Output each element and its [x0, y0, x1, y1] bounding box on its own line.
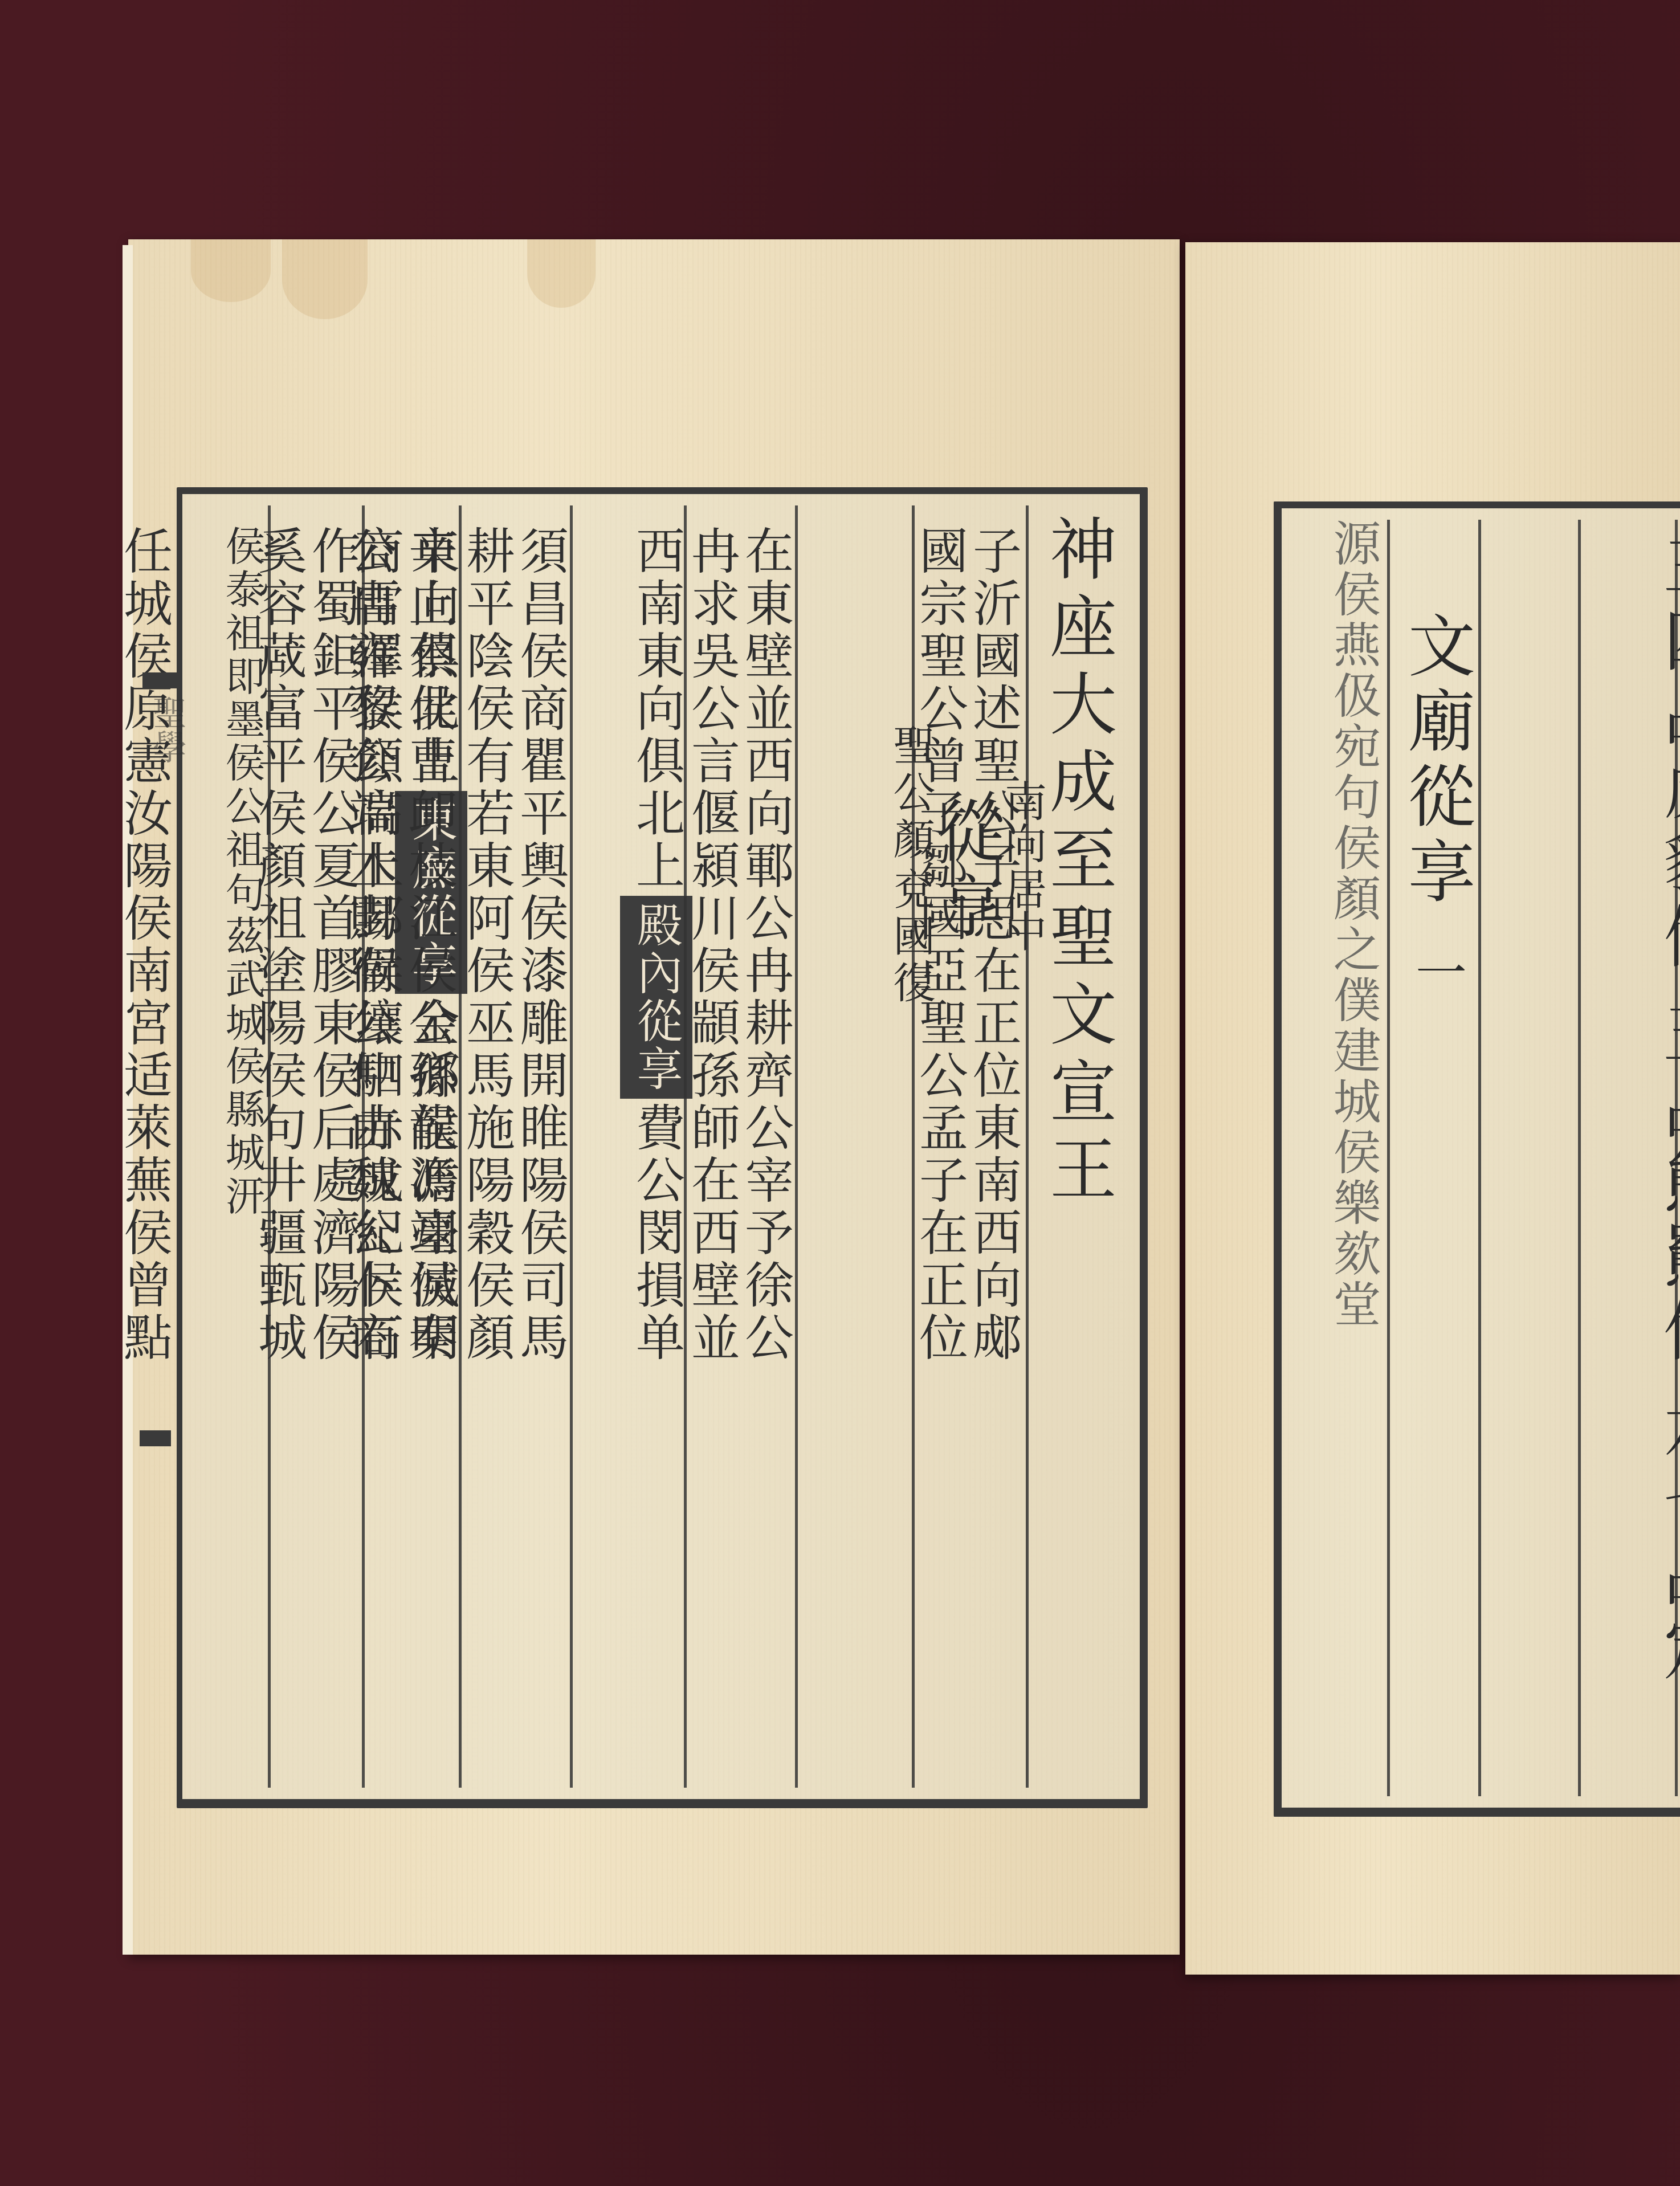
right-column-title: 文廟從享 一 [1302, 611, 1571, 997]
fold-mark-bottom [140, 1430, 171, 1446]
margin-label: 聖學 [142, 695, 191, 764]
water-stain [282, 239, 368, 319]
right-text-frame: 公侯駙馬伯麒麟白澤裘 一二品繡獅子 三四品虎豹優 五品熊羆俊 六七品定 為彪 八… [1274, 501, 1680, 1817]
water-stain [191, 239, 271, 302]
temple-enshrinement-title: 文廟從享 [1402, 611, 1470, 912]
fold-mark-top [142, 672, 177, 688]
page-number: 一 [1399, 946, 1473, 997]
water-stain [527, 239, 596, 308]
text-column-8-second: 源侯燕伋宛句侯顏之僕建城侯樂欬堂 [285, 519, 1388, 1330]
